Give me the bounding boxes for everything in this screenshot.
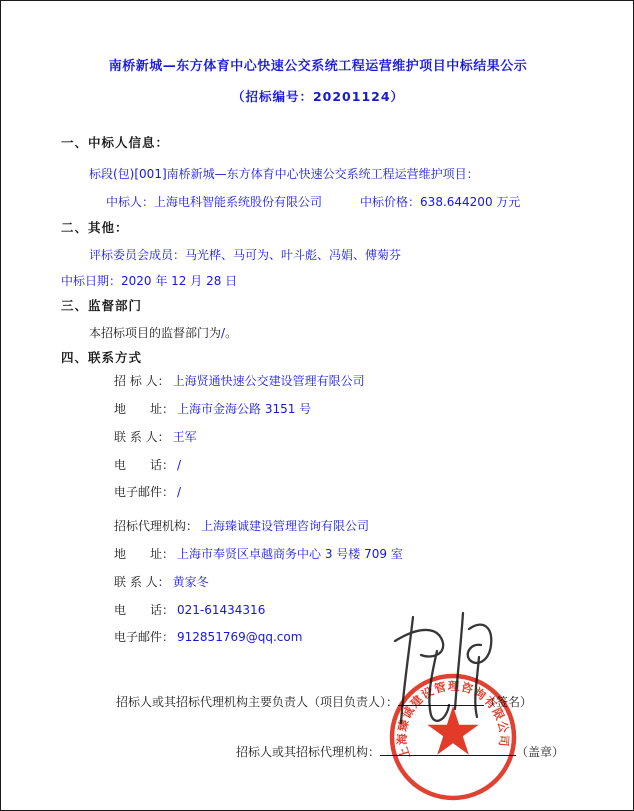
field-label: 招标代理机构：: [114, 519, 198, 533]
price-label: 中标价格：: [360, 195, 420, 209]
tenderer-contact-person-row: 联 系 人：王军: [114, 429, 197, 445]
seal-line-suffix: （盖章）: [516, 745, 564, 759]
section-heading-contact: 四、联系方式: [61, 350, 142, 366]
agency-address-row: 地 址：上海市奉贤区卓越商务中心 3 号楼 709 室: [114, 546, 403, 562]
field-value: 上海市金海公路 3151 号: [177, 402, 311, 416]
agency-contact-person-row: 联 系 人：黄家冬: [114, 574, 209, 590]
field-value: /: [177, 485, 181, 499]
field-label: 电 话：: [114, 458, 174, 472]
field-value: 上海臻诚建设管理咨询有限公司: [201, 519, 369, 533]
field-label: 电子邮件：: [114, 630, 174, 644]
seal-line-label: 招标人或其招标代理机构：: [236, 745, 380, 759]
signature-line-label: 招标人或其招标代理机构主要负责人（项目负责人）：: [116, 695, 398, 709]
section-heading-other: 二、其他：: [61, 220, 129, 236]
tenderer-name-row: 招 标 人：上海贤通快速公交建设管理有限公司: [114, 373, 365, 389]
winner-company: 上海电科智能系统股份有限公司: [154, 195, 322, 209]
field-label: 地 址：: [114, 547, 174, 561]
field-label: 联 系 人：: [114, 575, 170, 589]
announcement-document: 南桥新城—东方体育中心快速公交系统工程运营维护项目中标结果公示 （招标编号：20…: [0, 0, 634, 811]
tenderer-email-row: 电子邮件：/: [114, 484, 181, 500]
section-heading-winner-info: 一、中标人信息：: [61, 135, 169, 151]
tender-number-subtitle: （招标编号：20201124）: [1, 89, 634, 105]
field-value: 王军: [173, 430, 197, 444]
winner-label: 中标人：: [106, 195, 154, 209]
page-title: 南桥新城—东方体育中心快速公交系统工程运营维护项目中标结果公示: [1, 59, 634, 75]
seal-blank: [380, 742, 516, 756]
tenderer-address-row: 地 址：上海市金海公路 3151 号: [114, 401, 311, 417]
field-value: 上海贤通快速公交建设管理有限公司: [173, 374, 365, 388]
lot-package-line: 标段(包)[001]南桥新城—东方体育中心快速公交系统工程运营维护项目：: [89, 166, 479, 182]
winner-price-line: 中标人：上海电科智能系统股份有限公司中标价格：638.644200 万元: [106, 194, 520, 210]
field-label: 地 址：: [114, 402, 174, 416]
field-label: 联 系 人：: [114, 430, 170, 444]
signature-blank: [398, 692, 484, 706]
field-value: /: [177, 458, 181, 472]
signature-line-suffix: （签名）: [484, 695, 532, 709]
supervision-body-line: 本招标项目的监督部门为/。: [89, 325, 237, 341]
tenderer-phone-row: 电 话：/: [114, 457, 181, 473]
agency-seal-line: 招标人或其招标代理机构：（盖章）: [236, 742, 564, 760]
agency-name-row: 招标代理机构：上海臻诚建设管理咨询有限公司: [114, 518, 369, 534]
agency-email-row: 电子邮件：912851769@qq.com: [114, 629, 302, 645]
agency-phone-row: 电 话：021-61434316: [114, 602, 265, 618]
supervision-suffix: 。: [225, 326, 237, 340]
field-label: 电 话：: [114, 603, 174, 617]
evaluation-committee-line: 评标委员会成员：马光桦、马可为、叶斗彪、冯娟、傅菊芬: [89, 247, 401, 263]
field-value: 912851769@qq.com: [177, 630, 302, 644]
field-label: 电子邮件：: [114, 485, 174, 499]
award-date-line: 中标日期：2020 年 12 月 28 日: [61, 273, 237, 289]
field-value: 021-61434316: [177, 603, 265, 617]
responsible-person-signature-line: 招标人或其招标代理机构主要负责人（项目负责人）：（签名）: [116, 692, 532, 710]
field-value: 黄家冬: [173, 575, 209, 589]
section-heading-supervision: 三、监督部门: [61, 298, 142, 314]
price-value: 638.644200 万元: [420, 195, 520, 209]
supervision-prefix: 本招标项目的监督部门为: [89, 326, 221, 340]
field-label: 招 标 人：: [114, 374, 170, 388]
field-value: 上海市奉贤区卓越商务中心 3 号楼 709 室: [177, 547, 403, 561]
